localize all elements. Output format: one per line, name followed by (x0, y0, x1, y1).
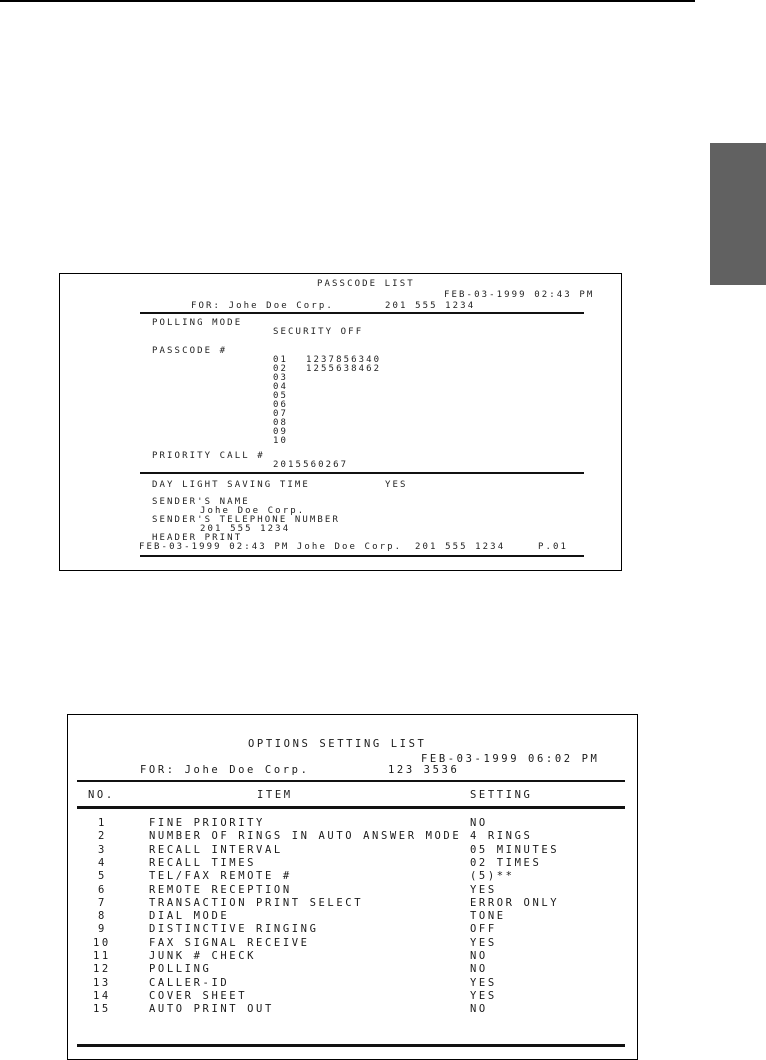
row-item: REMOTE RECEPTION (149, 884, 292, 896)
row-setting: (5)** (470, 870, 515, 882)
row-item: RECALL TIMES (149, 857, 256, 869)
column-header-setting: SETTING (470, 789, 532, 801)
divider (140, 312, 584, 314)
row-no: 2 (98, 830, 107, 842)
row-item: DISTINCTIVE RINGING (149, 923, 319, 935)
row-no: 12 (93, 963, 111, 975)
row-item: COVER SHEET (149, 990, 247, 1002)
row-setting: 4 RINGS (470, 830, 532, 842)
passcode-list-for: FOR: Johe Doe Corp. (191, 301, 334, 311)
row-item: RECALL INTERVAL (149, 844, 283, 856)
row-no: 11 (93, 950, 111, 962)
row-item: TEL/FAX REMOTE # (149, 870, 292, 882)
row-no: 13 (93, 977, 111, 989)
row-setting: OFF (470, 923, 497, 935)
row-item: CALLER-ID (149, 977, 229, 989)
passcode-code: 1255638462 (306, 364, 381, 374)
divider (140, 555, 584, 557)
row-item: JUNK # CHECK (149, 950, 256, 962)
row-no: 10 (93, 937, 111, 949)
row-no: 1 (98, 817, 107, 829)
row-no: 9 (98, 923, 107, 935)
divider (140, 472, 584, 474)
column-header-no: NO. (88, 789, 115, 801)
polling-mode-value: SECURITY OFF (273, 327, 363, 337)
row-no: 14 (93, 990, 111, 1002)
row-no: 7 (98, 897, 107, 909)
passcode-list-for-phone: 201 555 1234 (385, 301, 475, 311)
row-setting: YES (470, 884, 497, 896)
row-no: 4 (98, 857, 107, 869)
row-item: POLLING (149, 963, 211, 975)
passcode-list-title: PASSCODE LIST (317, 279, 415, 289)
divider (77, 806, 625, 809)
row-item: AUTO PRINT OUT (149, 1003, 274, 1015)
divider (77, 1044, 625, 1047)
row-setting: NO (470, 1003, 488, 1015)
divider (77, 780, 625, 782)
row-item: FAX SIGNAL RECEIVE (149, 937, 310, 949)
column-header-item: ITEM (257, 789, 293, 801)
passcode-list-printout: PASSCODE LIST FEB-03-1999 02:43 PM FOR: … (59, 273, 622, 571)
chapter-side-tab (710, 143, 766, 285)
row-no: 8 (98, 910, 107, 922)
row-setting: TONE (470, 910, 506, 922)
row-setting: ERROR ONLY (470, 897, 559, 909)
options-list-for: FOR: Johe Doe Corp. (140, 764, 310, 776)
options-list-for-phone: 123 3536 (388, 764, 459, 776)
row-setting: YES (470, 937, 497, 949)
row-setting: 05 MINUTES (470, 844, 559, 856)
row-setting: NO (470, 963, 488, 975)
row-setting: 02 TIMES (470, 857, 541, 869)
options-list-title: OPTIONS SETTING LIST (248, 738, 426, 750)
row-item: DIAL MODE (149, 910, 229, 922)
row-item: FINE PRIORITY (149, 817, 265, 829)
footer-phone: 201 555 1234 (415, 542, 505, 552)
passcode-list-datetime: FEB-03-1999 02:43 PM (444, 290, 594, 300)
footer-page: P.01 (538, 542, 568, 552)
row-no: 15 (93, 1003, 111, 1015)
priority-call-label: PRIORITY CALL # (152, 451, 265, 461)
row-no: 3 (98, 844, 107, 856)
row-item: TRANSACTION PRINT SELECT (149, 897, 363, 909)
dst-value: YES (385, 480, 408, 490)
page-top-rule (0, 0, 695, 2)
row-no: 6 (98, 884, 107, 896)
row-item: NUMBER OF RINGS IN AUTO ANSWER MODE (149, 830, 461, 842)
row-setting: NO (470, 817, 488, 829)
passcode-label: PASSCODE # (152, 346, 227, 356)
polling-mode-label: POLLING MODE (152, 318, 242, 328)
row-no: 5 (98, 870, 107, 882)
row-setting: NO (470, 950, 488, 962)
passcode-no: 10 (273, 436, 288, 446)
row-setting: YES (470, 977, 497, 989)
priority-call-value: 2015560267 (273, 460, 348, 470)
dst-label: DAY LIGHT SAVING TIME (152, 480, 310, 490)
footer-datetime: FEB-03-1999 02:43 PM Johe Doe Corp. (139, 542, 402, 552)
row-setting: YES (470, 990, 497, 1002)
options-setting-list-printout: OPTIONS SETTING LIST FEB-03-1999 06:02 P… (67, 714, 638, 1060)
